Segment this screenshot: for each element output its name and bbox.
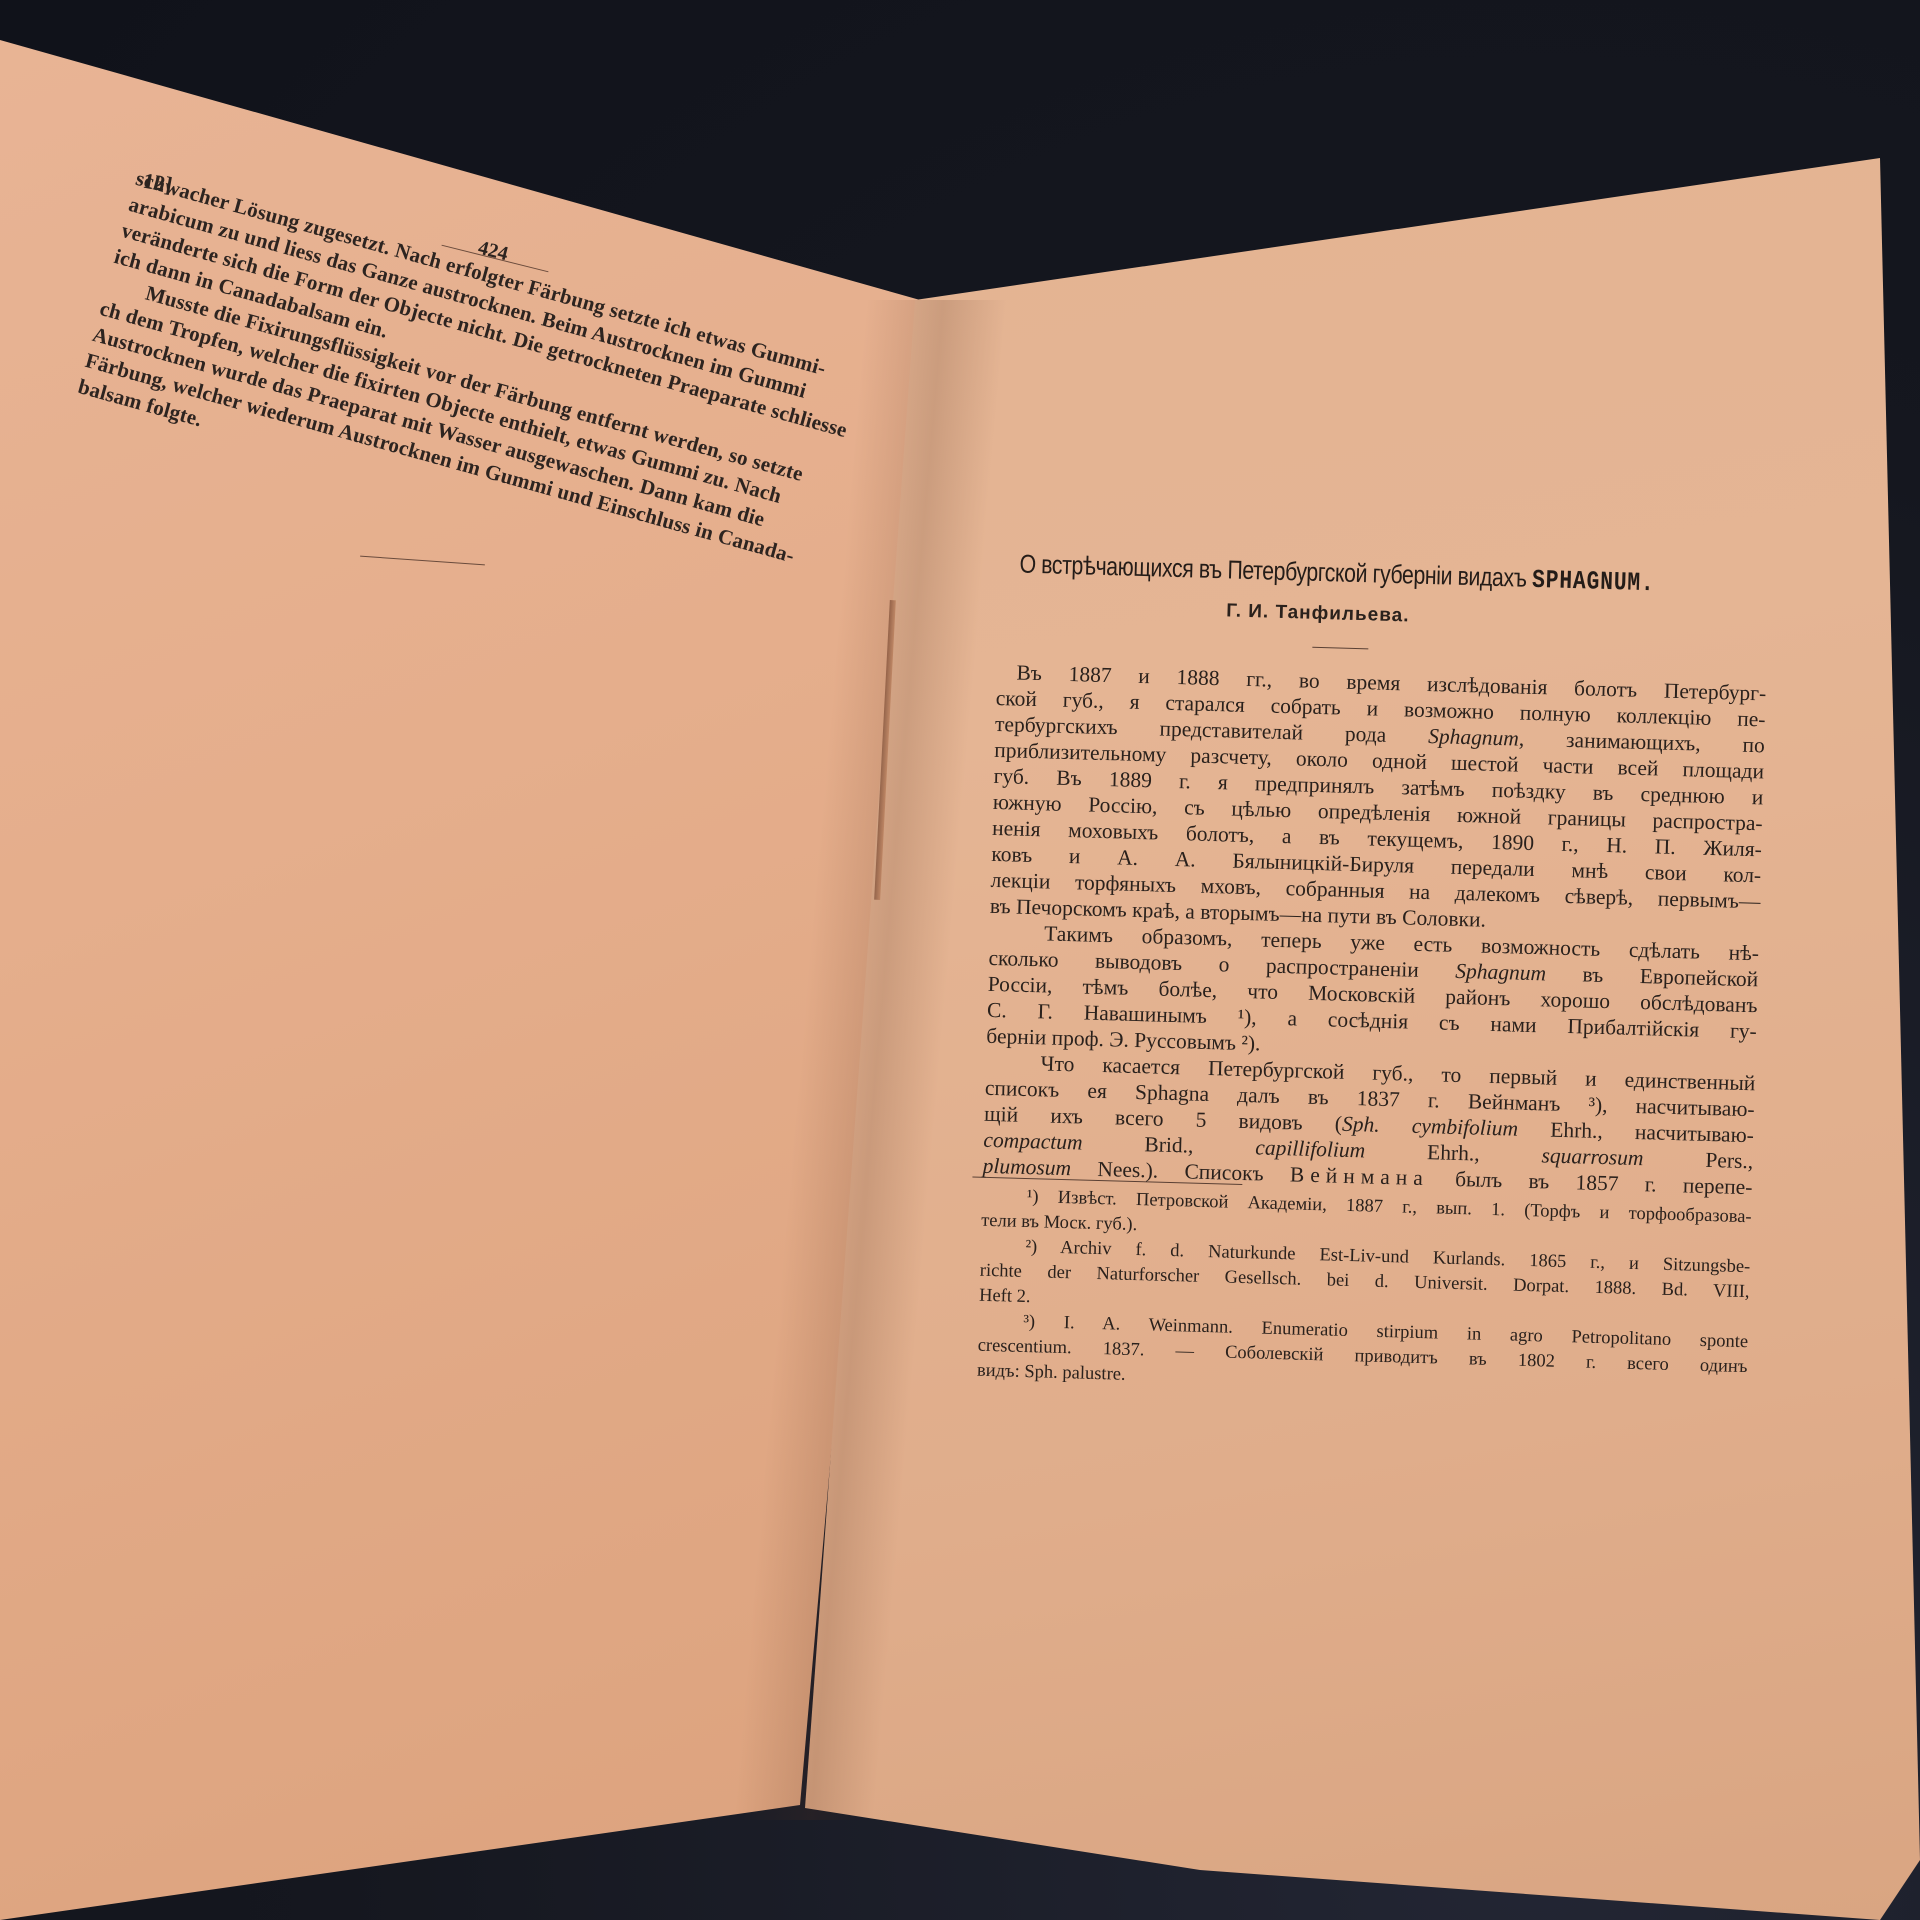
footnotes: ¹) Извѣст. Петровской Академіи, 1887 г.,… <box>977 1184 1752 1405</box>
title-latin: SPHAGNUM. <box>1532 565 1655 598</box>
italic-taxon: Sph. cymbifolium <box>1342 1112 1519 1141</box>
title-rule <box>1312 647 1368 650</box>
text-span: Brid., <box>1082 1131 1255 1160</box>
italic-taxon: plumosum <box>982 1154 1071 1180</box>
article: О встрѣчающихся въ Петербургской губерні… <box>977 548 1770 1405</box>
italic-taxon: capillifolium <box>1255 1135 1366 1162</box>
text-span: Ehrh., <box>1365 1138 1542 1167</box>
italic-taxon: compactum <box>983 1128 1083 1155</box>
text-span: Pers., <box>1643 1146 1753 1173</box>
italic-taxon: Sphagnum <box>1428 724 1519 751</box>
article-body: Въ 1887 и 1888 гг., во время изслѣдовані… <box>982 659 1766 1200</box>
spaced-name: Вейнмана <box>1290 1162 1430 1190</box>
text-span: Nees.). Списокъ <box>1071 1156 1291 1186</box>
article-author: Г. И. Танфильева. <box>1226 600 1768 637</box>
italic-taxon: squarrosum <box>1541 1143 1644 1170</box>
italic-taxon: Sphagnum <box>1455 959 1546 986</box>
